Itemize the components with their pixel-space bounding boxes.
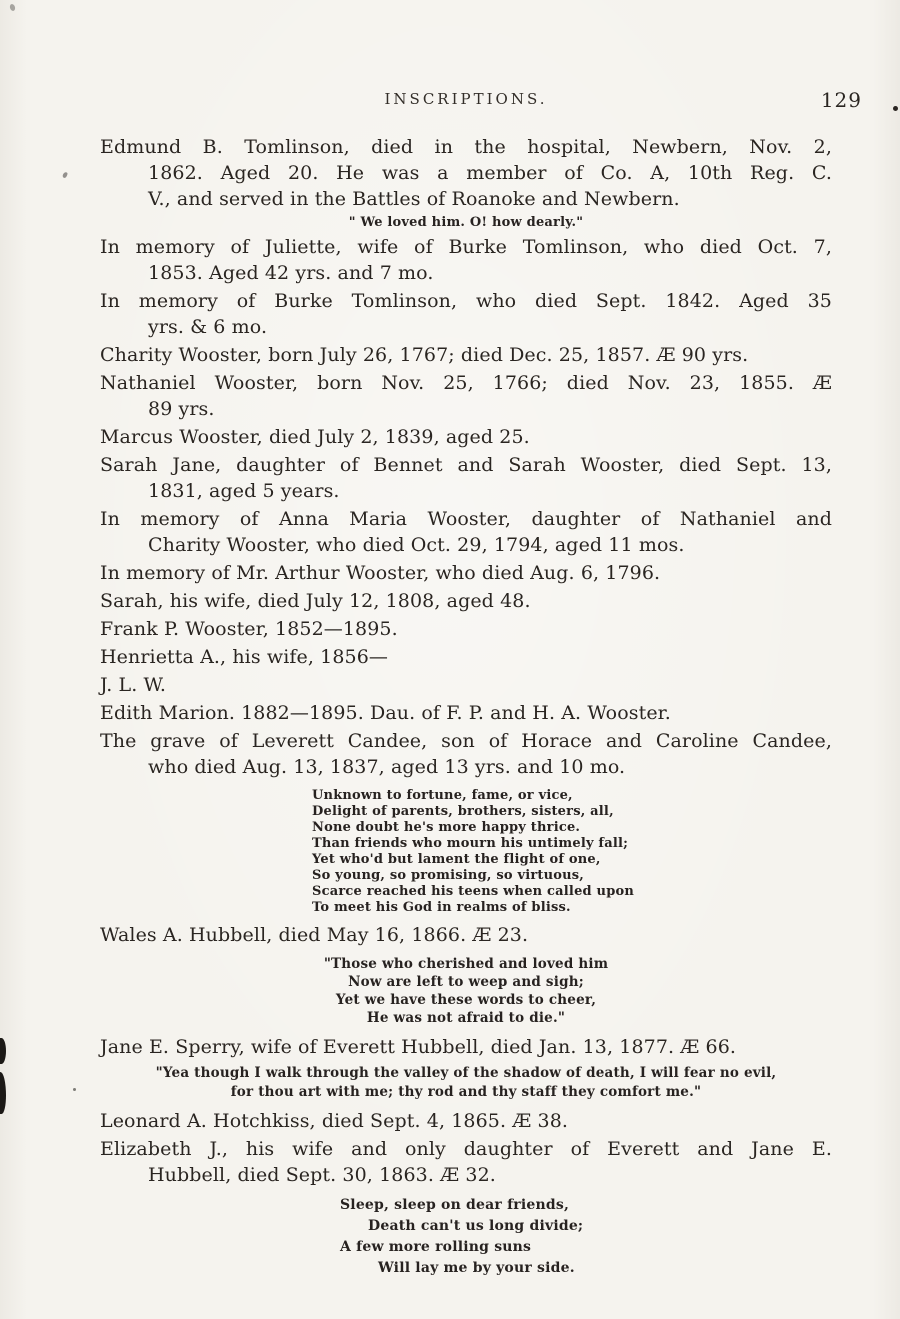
text-line: In memory of Burke Tomlinson, who died S… — [100, 288, 832, 314]
inscription-wales-hubbell: Wales A. Hubbell, died May 16, 1866. Æ 2… — [100, 922, 832, 948]
quote-line: "Yea though I walk through the valley of… — [100, 1064, 832, 1083]
poem-line: So young, so promising, so virtuous, — [312, 868, 832, 884]
poem-line: To meet his God in realms of bliss. — [312, 900, 832, 916]
epitaph-poem-elizabeth: Sleep, sleep on dear friends, Death can'… — [340, 1195, 832, 1279]
inscription-marcus-wooster: Marcus Wooster, died July 2, 1839, aged … — [100, 424, 832, 450]
inscription-frank-wooster: Frank P. Wooster, 1852—1895. — [100, 616, 832, 642]
text-line: Elizabeth J., his wife and only daughter… — [100, 1136, 832, 1162]
inscription-sarah-jane-wooster: Sarah Jane, daughter of Bennet and Sarah… — [100, 452, 832, 504]
text-line: Edmund B. Tomlinson, died in the hospita… — [100, 134, 832, 160]
poem-line: Will lay me by your side. — [340, 1258, 832, 1279]
text-line: 1862. Aged 20. He was a member of Co. A,… — [100, 160, 832, 186]
text-line: In memory of Juliette, wife of Burke Tom… — [100, 234, 832, 260]
text-line: The grave of Leverett Candee, son of Hor… — [100, 728, 832, 754]
book-page: INSCRIPTIONS. 129 Edmund B. Tomlinson, d… — [0, 0, 900, 1319]
inscription-edmund-tomlinson: Edmund B. Tomlinson, died in the hospita… — [100, 134, 832, 212]
text-line: Charity Wooster, born July 26, 1767; die… — [100, 342, 832, 368]
inscription-anna-maria-wooster: In memory of Anna Maria Wooster, daughte… — [100, 506, 832, 558]
inscription-elizabeth-hotchkiss: Elizabeth J., his wife and only daughter… — [100, 1136, 832, 1188]
inscription-arthur-wooster: In memory of Mr. Arthur Wooster, who die… — [100, 560, 832, 586]
text-column: INSCRIPTIONS. 129 Edmund B. Tomlinson, d… — [0, 0, 900, 1279]
poem-line: Now are left to weep and sigh; — [100, 973, 832, 991]
text-line: Sarah Jane, daughter of Bennet and Sarah… — [100, 452, 832, 478]
poem-line: He was not afraid to die." — [100, 1009, 832, 1027]
text-line: J. L. W. — [100, 672, 832, 698]
inscription-juliette-tomlinson: In memory of Juliette, wife of Burke Tom… — [100, 234, 832, 286]
text-line: In memory of Mr. Arthur Wooster, who die… — [100, 560, 832, 586]
ink-dot-artifact — [893, 106, 898, 111]
poem-line: Yet who'd but lament the flight of one, — [312, 852, 832, 868]
text-line: Marcus Wooster, died July 2, 1839, aged … — [100, 424, 832, 450]
text-line: Hubbell, died Sept. 30, 1863. Æ 32. — [100, 1162, 832, 1188]
inscription-jane-sperry: Jane E. Sperry, wife of Everett Hubbell,… — [100, 1034, 832, 1060]
epitaph-quote-sperry: "Yea though I walk through the valley of… — [100, 1064, 832, 1102]
poem-line: Death can't us long divide; — [340, 1216, 832, 1237]
poem-line: Unknown to fortune, fame, or vice, — [312, 788, 832, 804]
text-line: who died Aug. 13, 1837, aged 13 yrs. and… — [100, 754, 832, 780]
inscription-jlw: J. L. W. — [100, 672, 832, 698]
quote-line: " We loved him. O! how dearly." — [100, 214, 832, 232]
inscription-nathaniel-wooster: Nathaniel Wooster, born Nov. 25, 1766; d… — [100, 370, 832, 422]
inscription-edith-marion: Edith Marion. 1882—1895. Dau. of F. P. a… — [100, 700, 832, 726]
inscription-charity-wooster: Charity Wooster, born July 26, 1767; die… — [100, 342, 832, 368]
inscription-leonard-hotchkiss: Leonard A. Hotchkiss, died Sept. 4, 1865… — [100, 1108, 832, 1134]
inscription-henrietta-wooster: Henrietta A., his wife, 1856— — [100, 644, 832, 670]
poem-line: Delight of parents, brothers, sisters, a… — [312, 804, 832, 820]
epitaph-poem-hubbell: "Those who cherished and loved him Now a… — [100, 955, 832, 1027]
text-line: V., and served in the Battles of Roanoke… — [100, 186, 832, 212]
text-line: 89 yrs. — [100, 396, 832, 422]
running-head: INSCRIPTIONS. — [100, 90, 832, 108]
poem-line: Than friends who mourn his untimely fall… — [312, 836, 832, 852]
epitaph-quote-tomlinson: " We loved him. O! how dearly." — [100, 214, 832, 232]
page-header: INSCRIPTIONS. 129 — [100, 90, 832, 112]
inscription-sarah-wooster: Sarah, his wife, died July 12, 1808, age… — [100, 588, 832, 614]
text-line: Nathaniel Wooster, born Nov. 25, 1766; d… — [100, 370, 832, 396]
inscription-leverett-candee: The grave of Leverett Candee, son of Hor… — [100, 728, 832, 780]
text-line: Charity Wooster, who died Oct. 29, 1794,… — [100, 532, 832, 558]
text-line: 1853. Aged 42 yrs. and 7 mo. — [100, 260, 832, 286]
text-line: In memory of Anna Maria Wooster, daughte… — [100, 506, 832, 532]
poem-line: Sleep, sleep on dear friends, — [340, 1195, 832, 1216]
text-line: Jane E. Sperry, wife of Everett Hubbell,… — [100, 1034, 832, 1060]
poem-line: Yet we have these words to cheer, — [100, 991, 832, 1009]
text-line: Henrietta A., his wife, 1856— — [100, 644, 832, 670]
epitaph-poem-candee: Unknown to fortune, fame, or vice, Delig… — [312, 788, 832, 916]
text-line: yrs. & 6 mo. — [100, 314, 832, 340]
page-number: 129 — [821, 88, 862, 112]
quote-line: for thou art with me; thy rod and thy st… — [100, 1083, 832, 1102]
text-line: Wales A. Hubbell, died May 16, 1866. Æ 2… — [100, 922, 832, 948]
poem-line: "Those who cherished and loved him — [100, 955, 832, 973]
scan-speck-artifact — [73, 1088, 76, 1091]
text-line: Sarah, his wife, died July 12, 1808, age… — [100, 588, 832, 614]
text-line: Frank P. Wooster, 1852—1895. — [100, 616, 832, 642]
poem-line: A few more rolling suns — [340, 1237, 832, 1258]
text-line: Edith Marion. 1882—1895. Dau. of F. P. a… — [100, 700, 832, 726]
poem-line: None doubt he's more happy thrice. — [312, 820, 832, 836]
text-line: 1831, aged 5 years. — [100, 478, 832, 504]
inscription-burke-tomlinson: In memory of Burke Tomlinson, who died S… — [100, 288, 832, 340]
text-line: Leonard A. Hotchkiss, died Sept. 4, 1865… — [100, 1108, 832, 1134]
poem-line: Scarce reached his teens when called upo… — [312, 884, 832, 900]
